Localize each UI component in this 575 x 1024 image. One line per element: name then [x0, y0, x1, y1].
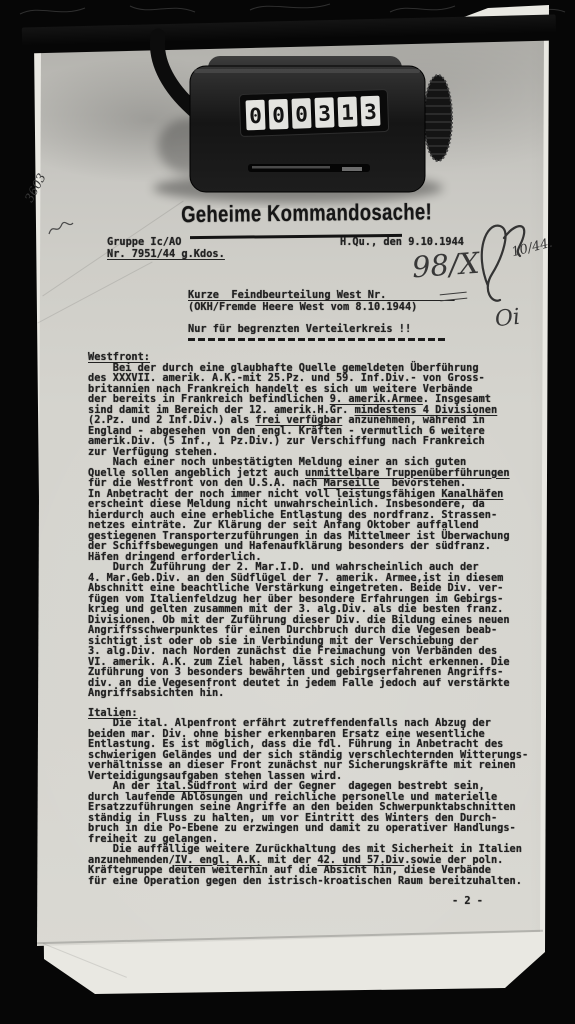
reference-number: Nr. 7951/44 g.Kdos.	[107, 249, 225, 260]
document-photo: 0 0 0 3 1 3 Geheime Kommandosache! Grupp…	[0, 0, 575, 1024]
unit-line: Gruppe Ic/AO	[107, 237, 181, 248]
signature-date: 10/44.	[510, 236, 554, 261]
distribution-restriction: Nur für begrenzten Verteilerkreis !!	[188, 324, 411, 335]
digit-window: 0 0 0 3 1 3	[239, 89, 388, 136]
handwritten-signature: 10/44.	[452, 212, 570, 312]
counter-device: 0 0 0 3 1 3	[128, 28, 488, 208]
counter-digit: 3	[318, 101, 331, 125]
counter-digit: 0	[272, 103, 285, 127]
counter-digit: 3	[364, 100, 377, 124]
slot-highlight	[342, 167, 362, 171]
page-number: - 2 -	[452, 896, 483, 907]
typed-line: Angriffsabsichten hin.	[88, 688, 540, 699]
body-highlight	[194, 69, 420, 73]
secrecy-stamp: Geheime Kommandosache!	[181, 199, 397, 228]
pen-scribble	[46, 218, 76, 240]
document-subtitle: (OKH/Fremde Heere West vom 8.10.1944)	[188, 302, 417, 313]
place-date-line: H.Qu., den 9.10.1944	[340, 237, 464, 248]
slot-highlight	[252, 166, 330, 169]
document-title: Kurze Feindbeurteilung West Nr.	[188, 290, 455, 301]
typed-line: für eine Operation gegen den istrisch-kr…	[88, 876, 540, 887]
counter-digit: 0	[295, 102, 308, 126]
knurled-knob	[424, 75, 452, 161]
counter-digit: 1	[341, 101, 354, 125]
dashed-rule	[188, 338, 446, 341]
document-body: Westfront: Bei der durch eine glaubhafte…	[88, 352, 540, 886]
counter-digit: 0	[249, 104, 262, 128]
